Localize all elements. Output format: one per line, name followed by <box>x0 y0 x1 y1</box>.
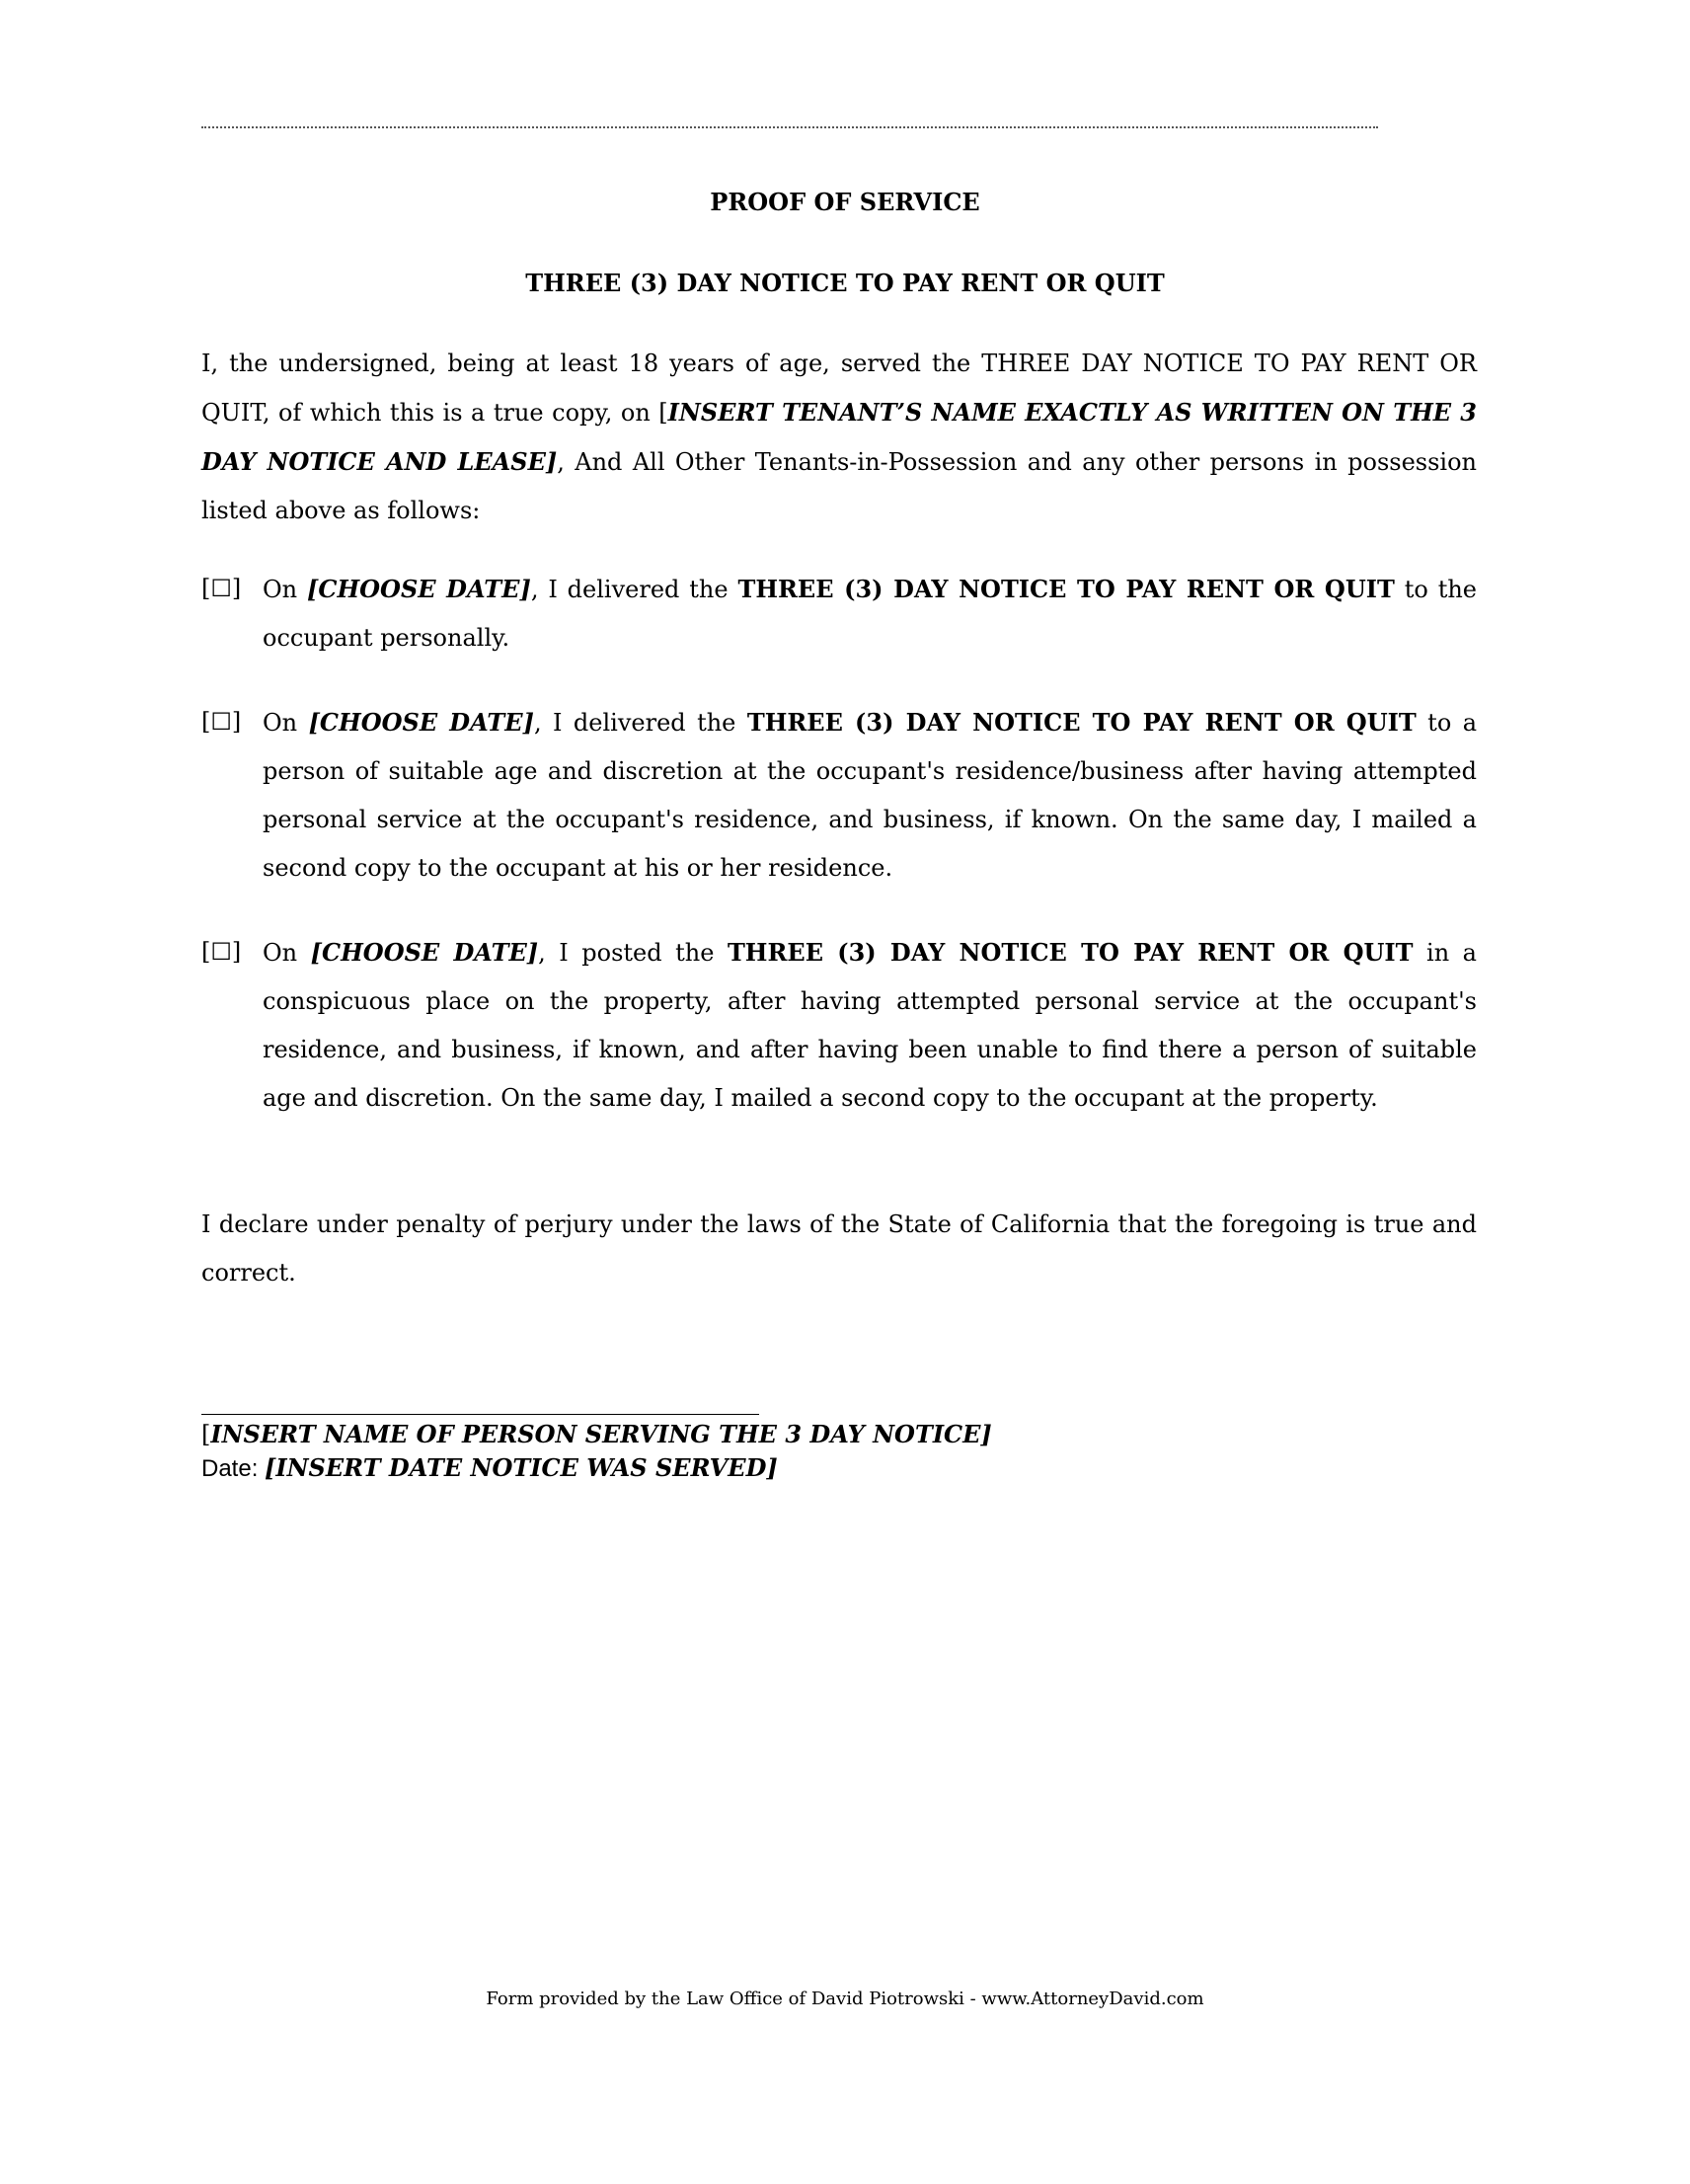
checkbox[interactable]: [☐] <box>201 698 241 746</box>
server-name-line: [INSERT NAME OF PERSON SERVING THE 3 DAY… <box>201 1420 992 1448</box>
dotted-separator <box>201 115 1378 128</box>
page-title: PROOF OF SERVICE <box>0 188 1690 216</box>
footer: Form provided by the Law Office of David… <box>0 1989 1690 2009</box>
date-placeholder[interactable]: [CHOOSE DATE] <box>307 575 531 603</box>
date-placeholder[interactable]: [CHOOSE DATE] <box>309 708 534 737</box>
signature-line[interactable] <box>201 1414 759 1415</box>
checkbox[interactable]: [☐] <box>201 565 241 613</box>
service-option-posting: [☐] On [CHOOSE DATE], I posted the THREE… <box>201 928 1477 1123</box>
service-option-personal: [☐] On [CHOOSE DATE], I delivered the TH… <box>201 565 1477 663</box>
intro-paragraph: I, the undersigned, being at least 18 ye… <box>201 340 1477 535</box>
date-placeholder[interactable]: [CHOOSE DATE] <box>311 938 538 967</box>
checkbox[interactable]: [☐] <box>201 928 241 976</box>
declaration-paragraph: I declare under penalty of perjury under… <box>201 1201 1477 1297</box>
service-date-line: Date: [INSERT DATE NOTICE WAS SERVED] <box>201 1453 778 1483</box>
service-date-placeholder[interactable]: [INSERT DATE NOTICE WAS SERVED] <box>265 1453 778 1482</box>
server-name-placeholder[interactable]: INSERT NAME OF PERSON SERVING THE 3 DAY … <box>210 1420 991 1448</box>
page-subtitle: THREE (3) DAY NOTICE TO PAY RENT OR QUIT <box>0 269 1690 297</box>
date-label: Date: <box>201 1455 265 1482</box>
service-option-substituted: [☐] On [CHOOSE DATE], I delivered the TH… <box>201 698 1477 893</box>
